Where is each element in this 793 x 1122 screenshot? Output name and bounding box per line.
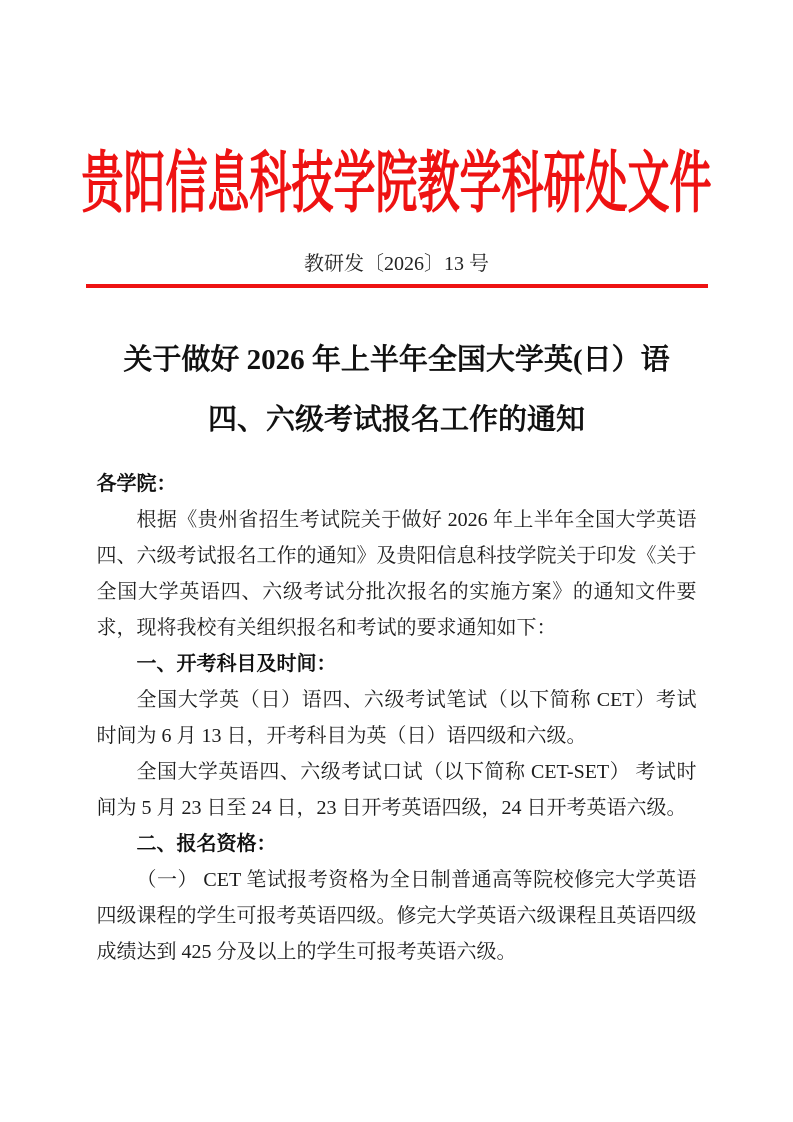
doc-title-line-1: 关于做好 2026 年上半年全国大学英(日）语 (123, 344, 669, 376)
document-page: 贵阳信息科技学院教学科研处文件 教研发〔2026〕13 号 关于做好 2026 … (0, 0, 793, 1122)
letterhead: 贵阳信息科技学院教学科研处文件 教研发〔2026〕13 号 (0, 0, 793, 288)
doc-title-line-2: 四、六级考试报名工作的通知 (208, 404, 585, 436)
body-paragraph-intro: 根据《贵州省招生考试院关于做好 2026 年上半年全国大学英语四、六级考试报名工… (97, 502, 697, 646)
body-paragraph-written-test: 全国大学英（日）语四、六级考试笔试（以下简称 CET）考试时间为 6 月 13 … (97, 682, 697, 754)
letterhead-title-text: 贵阳信息科技学院教学科研处文件 (81, 151, 711, 218)
doc-body: 各学院： 根据《贵州省招生考试院关于做好 2026 年上半年全国大学英语四、六级… (97, 466, 697, 970)
doc-number: 教研发〔2026〕13 号 (0, 252, 793, 276)
section-heading-1: 一、开考科目及时间： (97, 646, 697, 682)
doc-title: 关于做好 2026 年上半年全国大学英(日）语 四、六级考试报名工作的通知 (77, 330, 717, 450)
body-paragraph-oral-test: 全国大学英语四、六级考试口试（以下简称 CET-SET） 考试时间为 5 月 2… (97, 754, 697, 826)
red-divider-line (86, 284, 708, 288)
body-paragraph-eligibility: （一） CET 笔试报考资格为全日制普通高等院校修完大学英语四级课程的学生可报考… (97, 862, 697, 970)
section-heading-2: 二、报名资格： (97, 826, 697, 862)
letterhead-title: 贵阳信息科技学院教学科研处文件 (0, 150, 793, 220)
salutation: 各学院： (97, 466, 697, 502)
